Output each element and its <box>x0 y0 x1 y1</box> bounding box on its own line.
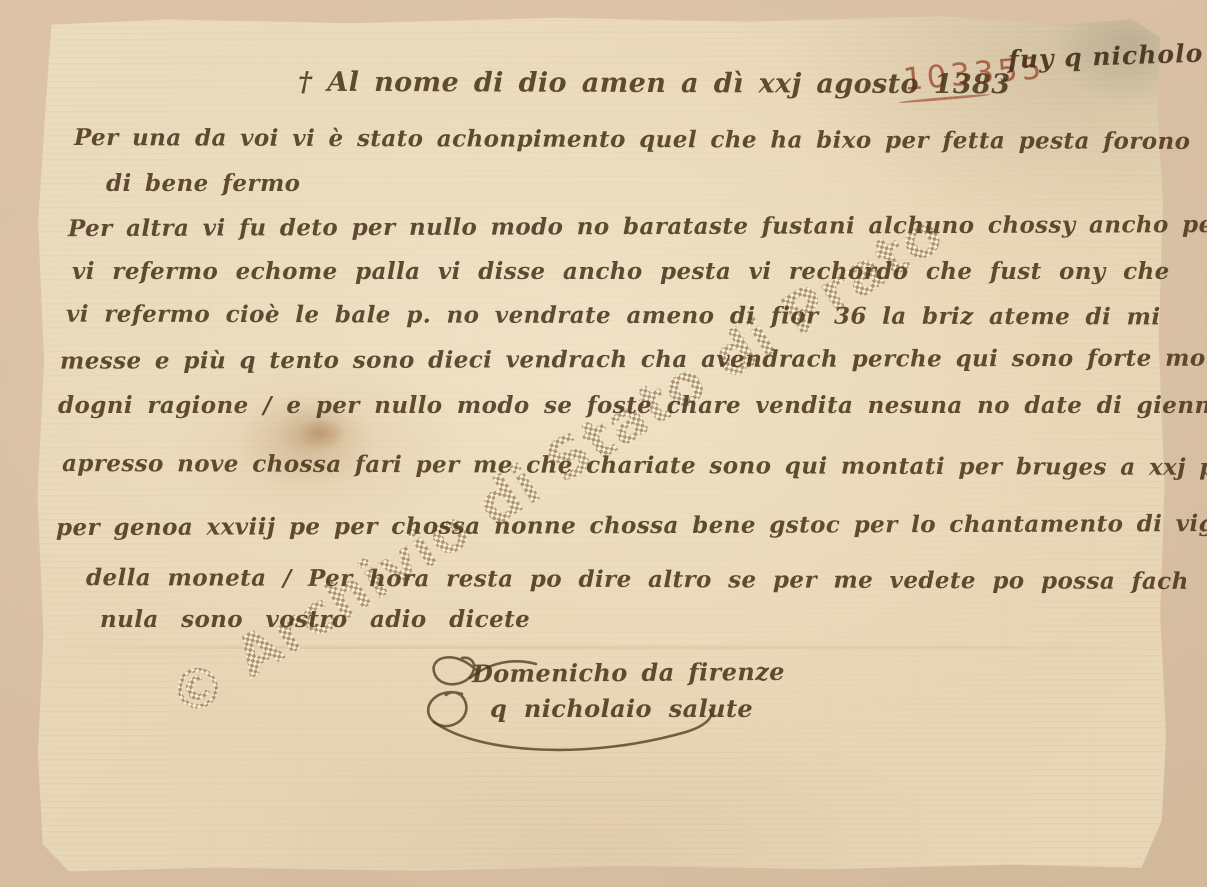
letter-header-line: † Al nome di dio amen a dì xxj agosto 13… <box>298 67 1011 100</box>
manuscript-line: dogni ragione / e per nullo modo se fost… <box>58 392 1207 419</box>
manuscript-line: nula sono vostro adio dicete <box>100 606 530 633</box>
manuscript-line: Per altra vi fu deto per nullo modo no b… <box>68 211 1207 242</box>
manuscript-line: di bene fermo <box>106 170 300 197</box>
manuscript-line: della moneta / Per hora resta po dire al… <box>86 564 1189 595</box>
manuscript-line: vi refermo cioè le bale p. no vendrate a… <box>66 301 1161 331</box>
signature-line: Domenicho da firenze <box>472 657 785 688</box>
manuscript-line: per genoa xxviij pe per chossa nonne cho… <box>56 510 1207 541</box>
corner-inscription: fuy q nicholo <box>1008 39 1199 75</box>
scanned-document-background: © Archivio di Stato di Prato 103355 fuy … <box>0 0 1207 887</box>
signature-line: q nicholaio salute <box>490 694 753 723</box>
manuscript-line: vi refermo echome palla vi disse ancho p… <box>72 258 1170 285</box>
manuscript-line: messe e più q tento sono dieci vendrach … <box>60 344 1207 374</box>
manuscript-line: apresso nove chossa fari per me che char… <box>62 450 1207 481</box>
manuscript-line: Per una da voi vi è stato achonpimento q… <box>74 124 1190 155</box>
